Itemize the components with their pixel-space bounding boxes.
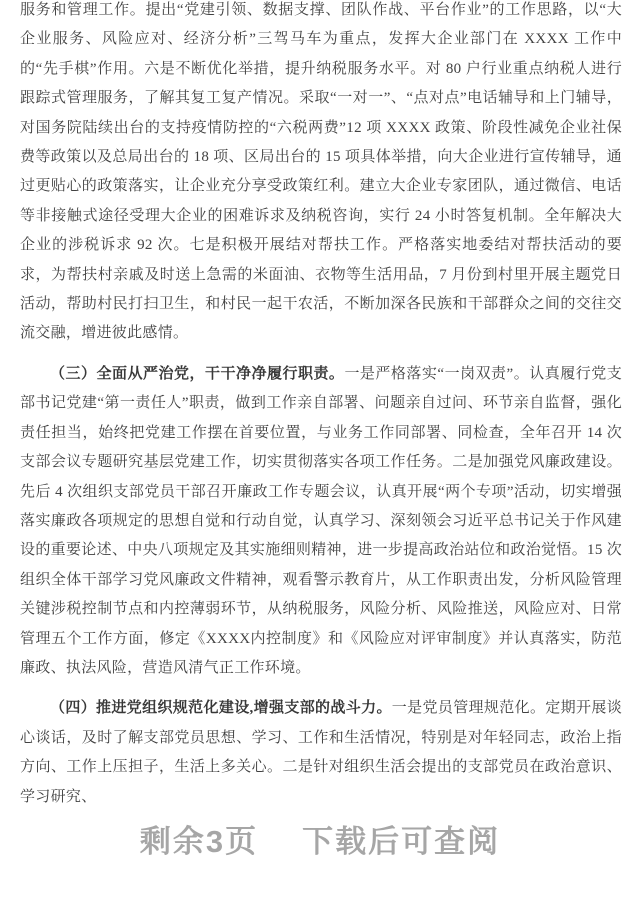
- download-hint-label: 下载后可查阅: [302, 824, 500, 859]
- pages-remaining-banner: 剩余3页下载后可查阅: [0, 816, 640, 861]
- paragraph-lead: （三）全面从严治党，干干净净履行职责。: [50, 366, 344, 382]
- document-page: 服务和管理工作。提出“党建引领、数据支撑、团队作战、平台作业”的工作思路，以“大…: [0, 0, 640, 897]
- paragraph: （四）推进党组织规范化建设,增强支部的战斗力。一是党员管理规范化。定期开展谈心谈…: [20, 694, 622, 812]
- pages-remaining-label: 剩余3页: [140, 824, 258, 859]
- paragraph: 服务和管理工作。提出“党建引领、数据支撑、团队作战、平台作业”的工作思路，以“大…: [20, 0, 622, 349]
- paragraph: （三）全面从严治党，干干净净履行职责。一是严格落实“一岗双责”。认真履行党支部书…: [20, 360, 622, 683]
- document-text: 服务和管理工作。提出“党建引领、数据支撑、团队作战、平台作业”的工作思路，以“大…: [20, 0, 622, 823]
- paragraph-lead: （四）推进党组织规范化建设,增强支部的战斗力。: [50, 700, 392, 716]
